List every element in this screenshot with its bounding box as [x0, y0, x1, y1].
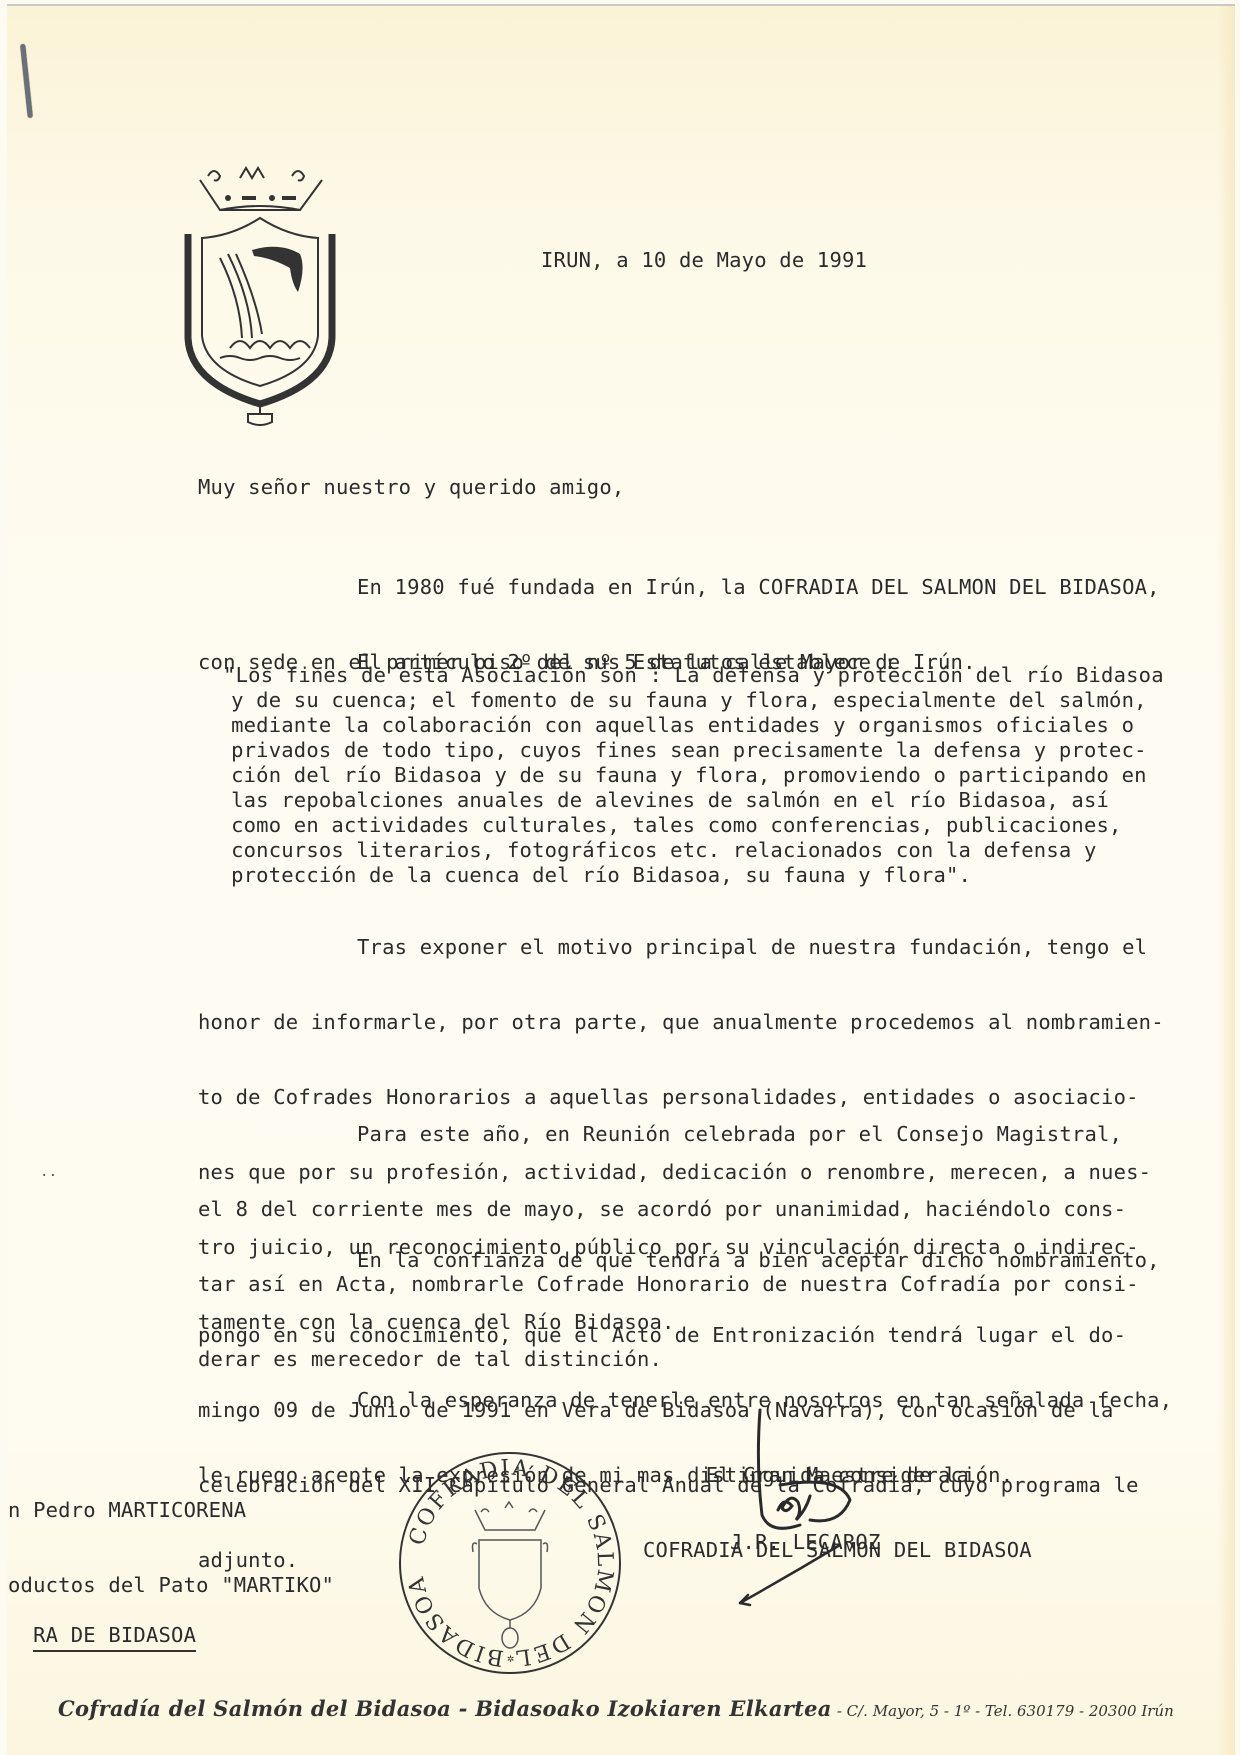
quote-line: ción del río Bidasoa y de su fauna y flo… [223, 763, 1147, 787]
recipient-line: RA DE BIDASOA [33, 1623, 196, 1652]
salutation: Muy señor nuestro y querido amigo, [198, 475, 624, 500]
paragraph-line: honor de informarle, por otra parte, que… [198, 1010, 1164, 1035]
recipient-address: n Pedro MARTICORENA oductos del Pato "MA… [8, 1448, 334, 1652]
paragraph-line: Con la esperanza de tenerle entre nosotr… [198, 1388, 1172, 1413]
quote-line: las repobalciones anuales de alevines de… [223, 788, 1109, 812]
margin-mark: .. [40, 1160, 57, 1185]
footer-org-name: Cofradía del Salmón del Bidasoa - Bidaso… [58, 1696, 832, 1721]
recipient-line: n Pedro MARTICORENA [8, 1498, 334, 1523]
stamp-ring-text: COFRADIA DEL SALMON DEL BIDASOA [404, 1456, 618, 1671]
date-line: IRUN, a 10 de Mayo de 1991 [541, 248, 867, 273]
quote-line: protección de la cuenca del río Bidasoa,… [223, 863, 971, 887]
quote-line: "Los fines de esta Asociación son : La d… [223, 663, 1164, 687]
stamp-seal-icon: COFRADIA DEL SALMON DEL BIDASOA ✲ [395, 1448, 625, 1678]
svg-text:COFRADIA DEL SALMON DEL BIDASO: COFRADIA DEL SALMON DEL BIDASOA [404, 1456, 618, 1671]
quote-line: privados de todo tipo, cuyos fines sean … [223, 738, 1147, 762]
crest-salmon-shield-crown-icon [180, 158, 340, 426]
svg-text:✲: ✲ [507, 1651, 514, 1665]
paragraph-line: Para este año, en Reunión celebrada por … [198, 1122, 1139, 1147]
handwritten-signature-icon [700, 1405, 950, 1635]
footer-address: - C/. Mayor, 5 - 1º - Tel. 630179 - 2030… [837, 1702, 1174, 1720]
quote-line: y de su cuenca; el fomento de su fauna y… [223, 688, 1147, 712]
quote-line: mediante la colaboración con aquellas en… [223, 713, 1134, 737]
paragraph-line: En la confianza de que tendrá a bien ace… [198, 1248, 1160, 1273]
quote-line: concursos literarios, fotográficos etc. … [223, 838, 1096, 862]
article-quote: "Los fines de esta Asociación son : La d… [198, 638, 1164, 888]
paragraph-line: Tras exponer el motivo principal de nues… [198, 935, 1164, 960]
letterhead-footer: Cofradía del Salmón del Bidasoa - Bidaso… [58, 1696, 1174, 1721]
quote-line: como en actividades culturales, tales co… [223, 813, 1122, 837]
recipient-line: oductos del Pato "MARTIKO" [8, 1573, 334, 1598]
signer-name: J.R. LECAROZ [730, 1530, 881, 1555]
paragraph-line: En 1980 fué fundada en Irún, la COFRADIA… [198, 575, 1160, 600]
